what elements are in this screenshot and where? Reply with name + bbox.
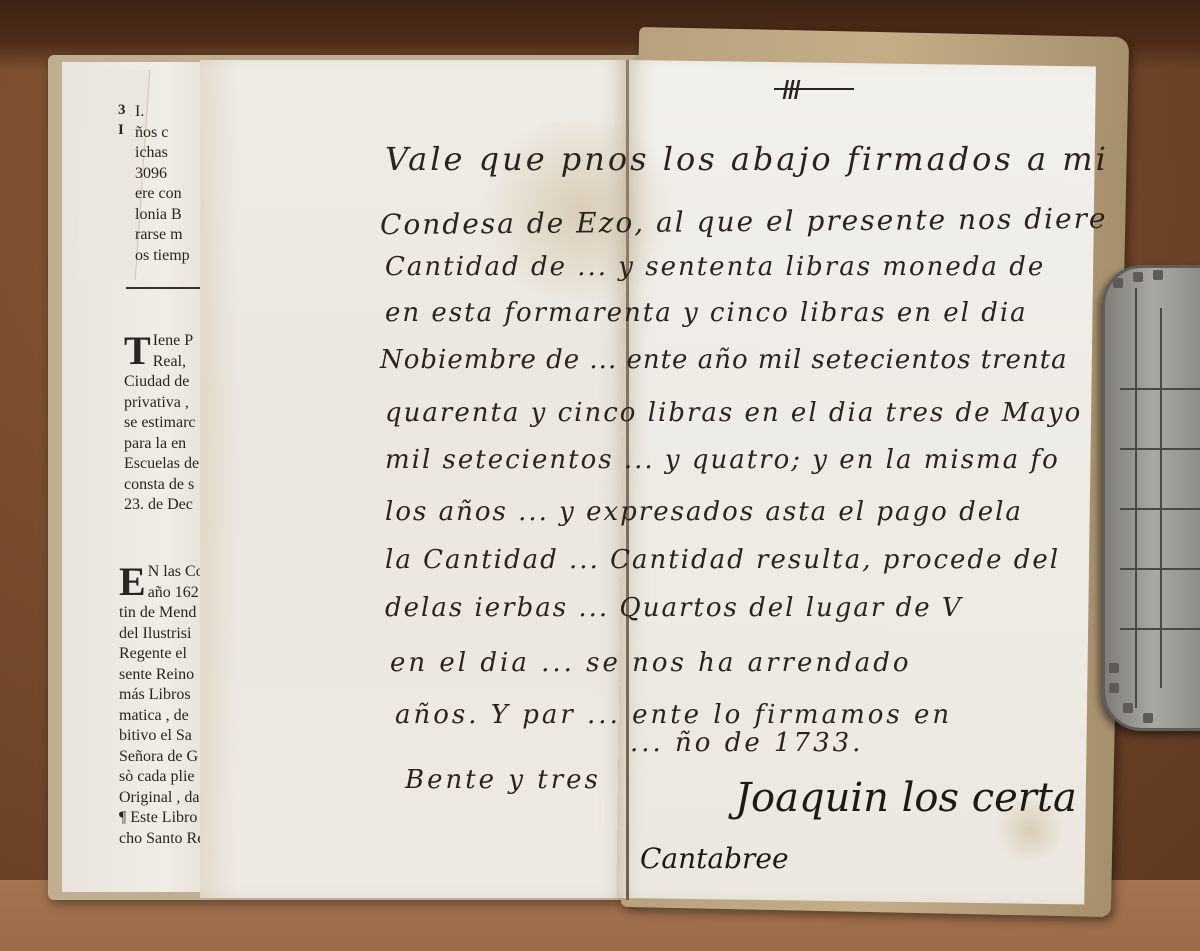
manuscript-line: los años ... y expresados asta el pago d… <box>385 497 1023 527</box>
manuscript-line: Condesa de Ezo, al que el presente nos d… <box>380 202 1108 241</box>
manuscript-line: quarenta y cinco libras en el dia tres d… <box>385 398 1082 428</box>
clasp-engraving <box>1120 628 1200 630</box>
manuscript-line: ... ño de 1733. <box>630 728 863 758</box>
clasp-engraving <box>1120 508 1200 510</box>
printed-fragment-marks: 3 I <box>118 100 126 140</box>
manuscript-line: años. Y par ... ente lo firmamos en <box>395 700 952 730</box>
dropcap: E <box>119 564 146 600</box>
fragment-mark: 3 <box>118 100 126 120</box>
clasp-bead <box>1109 663 1119 673</box>
manuscript-line: Vale que pnos los abajo firmados a mi <box>385 140 1109 178</box>
dropcap: T <box>124 333 151 369</box>
manuscript-line: en esta formarenta y cinco libras en el … <box>385 298 1028 328</box>
manuscript-line: la Cantidad ... Cantidad resulta, proced… <box>385 545 1060 575</box>
signature-subscript: Cantabree <box>640 842 789 875</box>
signature: Joaquin los certa <box>735 775 1077 821</box>
manuscript-line: en el dia ... se nos ha arrendado <box>390 648 912 678</box>
clasp-engraving <box>1135 288 1137 708</box>
manuscript-line: delas ierbas ... Quartos del lugar de V <box>385 593 963 623</box>
clasp-engraving <box>1160 308 1162 688</box>
clasp-bead <box>1123 703 1133 713</box>
manuscript-line: mil setecientos ... y quatro; y en la mi… <box>385 445 1060 475</box>
clasp-engraving <box>1120 388 1200 390</box>
manuscript-line: Bente y tres <box>405 765 601 795</box>
clasp-bead <box>1113 278 1123 288</box>
clasp-bead <box>1143 713 1153 723</box>
fragment-mark: I <box>118 120 126 140</box>
clasp-engraving <box>1120 568 1200 570</box>
manuscript-line: Nobiembre de ... ente año mil seteciento… <box>380 345 1068 375</box>
clasp-bead <box>1109 683 1119 693</box>
folio-number: III <box>782 76 799 106</box>
clasp-engraving <box>1120 448 1200 450</box>
clasp-bead <box>1153 270 1163 280</box>
manuscript-line: Cantidad de ... y sententa libras moneda… <box>385 252 1045 282</box>
metal-clasp <box>1102 265 1200 731</box>
clasp-bead <box>1133 272 1143 282</box>
